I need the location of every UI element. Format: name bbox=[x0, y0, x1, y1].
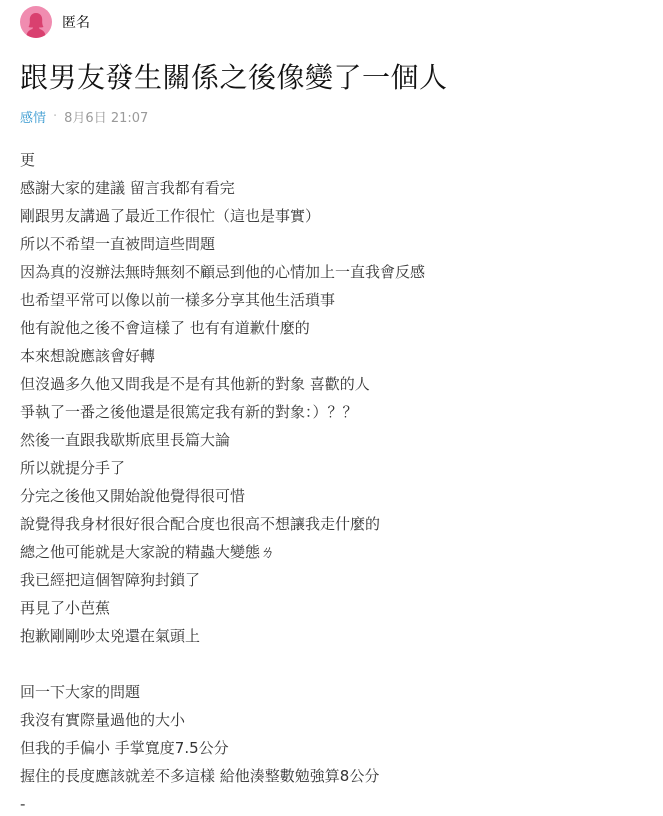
author-name[interactable]: 匿名 bbox=[62, 12, 90, 32]
content-line: 我沒有實際量過他的大小 bbox=[20, 706, 643, 734]
author-header: 匿名 bbox=[20, 6, 90, 38]
content-line: 所以就提分手了 bbox=[20, 454, 643, 482]
meta-separator: · bbox=[53, 109, 57, 124]
content-line: 握住的長度應該就差不多這樣 給他湊整數勉強算8公分 bbox=[20, 762, 643, 790]
content-line: 因為真的沒辦法無時無刻不顧忌到他的心情加上一直我會反感 bbox=[20, 258, 643, 286]
post-timestamp: 8月6日 21:07 bbox=[64, 107, 148, 126]
content-line: 然後一直跟我歇斯底里長篇大論 bbox=[20, 426, 643, 454]
content-line: 回一下大家的問題 bbox=[20, 678, 643, 706]
avatar[interactable] bbox=[20, 6, 52, 38]
post-title: 跟男友發生關係之後像變了一個人 bbox=[20, 56, 448, 96]
content-line: 抱歉剛剛吵太兇還在氣頭上 bbox=[20, 622, 643, 650]
blank-line bbox=[20, 650, 643, 678]
content-line: 感謝大家的建議 留言我都有看完 bbox=[20, 174, 643, 202]
content-line: 剛跟男友講過了最近工作很忙（這也是事實） bbox=[20, 202, 643, 230]
content-line: 但沒過多久他又問我是不是有其他新的對象 喜歡的人 bbox=[20, 370, 643, 398]
content-line: 總之他可能就是大家說的精蟲大變態ㄌ bbox=[20, 538, 643, 566]
content-line: 說覺得我身材很好很合配合度也很高不想讓我走什麼的 bbox=[20, 510, 643, 538]
post-content: 更 感謝大家的建議 留言我都有看完 剛跟男友講過了最近工作很忙（這也是事實） 所… bbox=[20, 146, 643, 816]
content-line: 更 bbox=[20, 146, 643, 174]
content-line: 分完之後他又開始說他覺得很可惜 bbox=[20, 482, 643, 510]
content-line: 所以不希望一直被問這些問題 bbox=[20, 230, 643, 258]
content-line: 爭執了一番之後他還是很篤定我有新的對象：）？？ bbox=[20, 398, 643, 426]
content-line: 也希望平常可以像以前一樣多分享其他生活瑣事 bbox=[20, 286, 643, 314]
content-line: 我已經把這個智障狗封鎖了 bbox=[20, 566, 643, 594]
content-line: 再見了小芭蕉 bbox=[20, 594, 643, 622]
content-line: 但我的手偏小 手掌寬度7.5公分 bbox=[20, 734, 643, 762]
female-silhouette-icon bbox=[20, 6, 52, 38]
content-line: 他有說他之後不會這樣了 也有有道歉什麼的 bbox=[20, 314, 643, 342]
content-line: - bbox=[20, 790, 643, 816]
category-link[interactable]: 感情 bbox=[20, 107, 46, 126]
post-meta: 感情 · 8月6日 21:07 bbox=[20, 107, 148, 126]
content-line: 本來想說應該會好轉 bbox=[20, 342, 643, 370]
